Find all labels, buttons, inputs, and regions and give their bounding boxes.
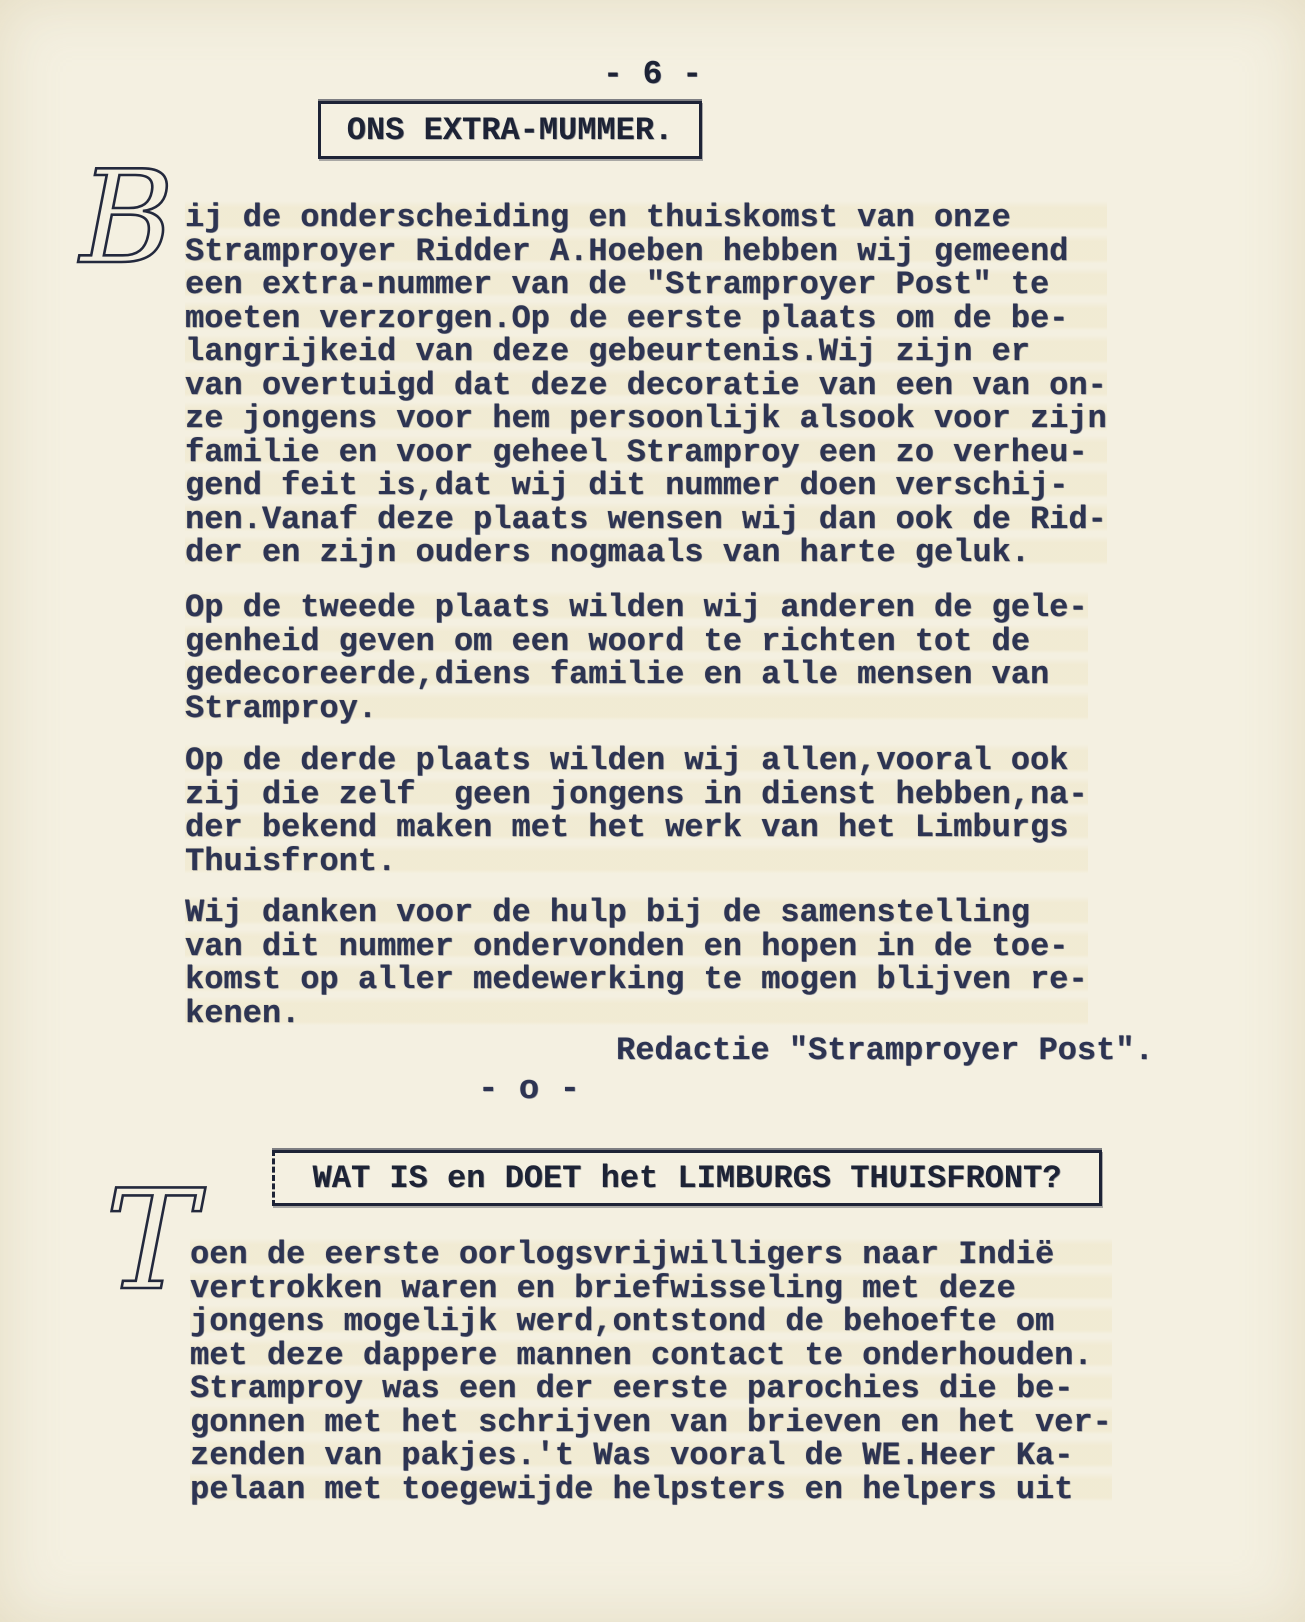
paragraph-introduction: ij de onderscheiding en thuiskomst van o… [185,201,1107,570]
paragraph-thanks: Wij danken voor de hulp bij de samenstel… [185,896,1088,1030]
paragraph-third-reason: Op de derde plaats wilden wij allen,voor… [185,744,1088,878]
section-title-extra-nummer: ONS EXTRA-MUMMER. [347,112,673,149]
section-title-box-extra-nummer: ONS EXTRA-MUMMER. [318,101,702,159]
signature-redactie: Redactie "Stramproyer Post". [616,1034,1154,1068]
paragraph-second-reason: Op de tweede plaats wilden wij anderen d… [185,591,1088,725]
drop-cap-b-letter: B [78,160,174,285]
section-divider: - o - [478,1074,580,1108]
drop-cap-b: B [72,160,202,285]
paragraph-thuisfront-history: oen de eerste oorlogsvrijwilligers naar … [190,1238,1112,1506]
section-title-box-thuisfront: WAT IS en DOET het LIMBURGS THUISFRONT? [272,1150,1102,1206]
section-title-thuisfront: WAT IS en DOET het LIMBURGS THUISFRONT? [313,1160,1062,1197]
scanned-newsletter-page: - 6 - ONS EXTRA-MUMMER. B ij de ondersch… [0,0,1305,1622]
page-number: - 6 - [0,58,1305,92]
